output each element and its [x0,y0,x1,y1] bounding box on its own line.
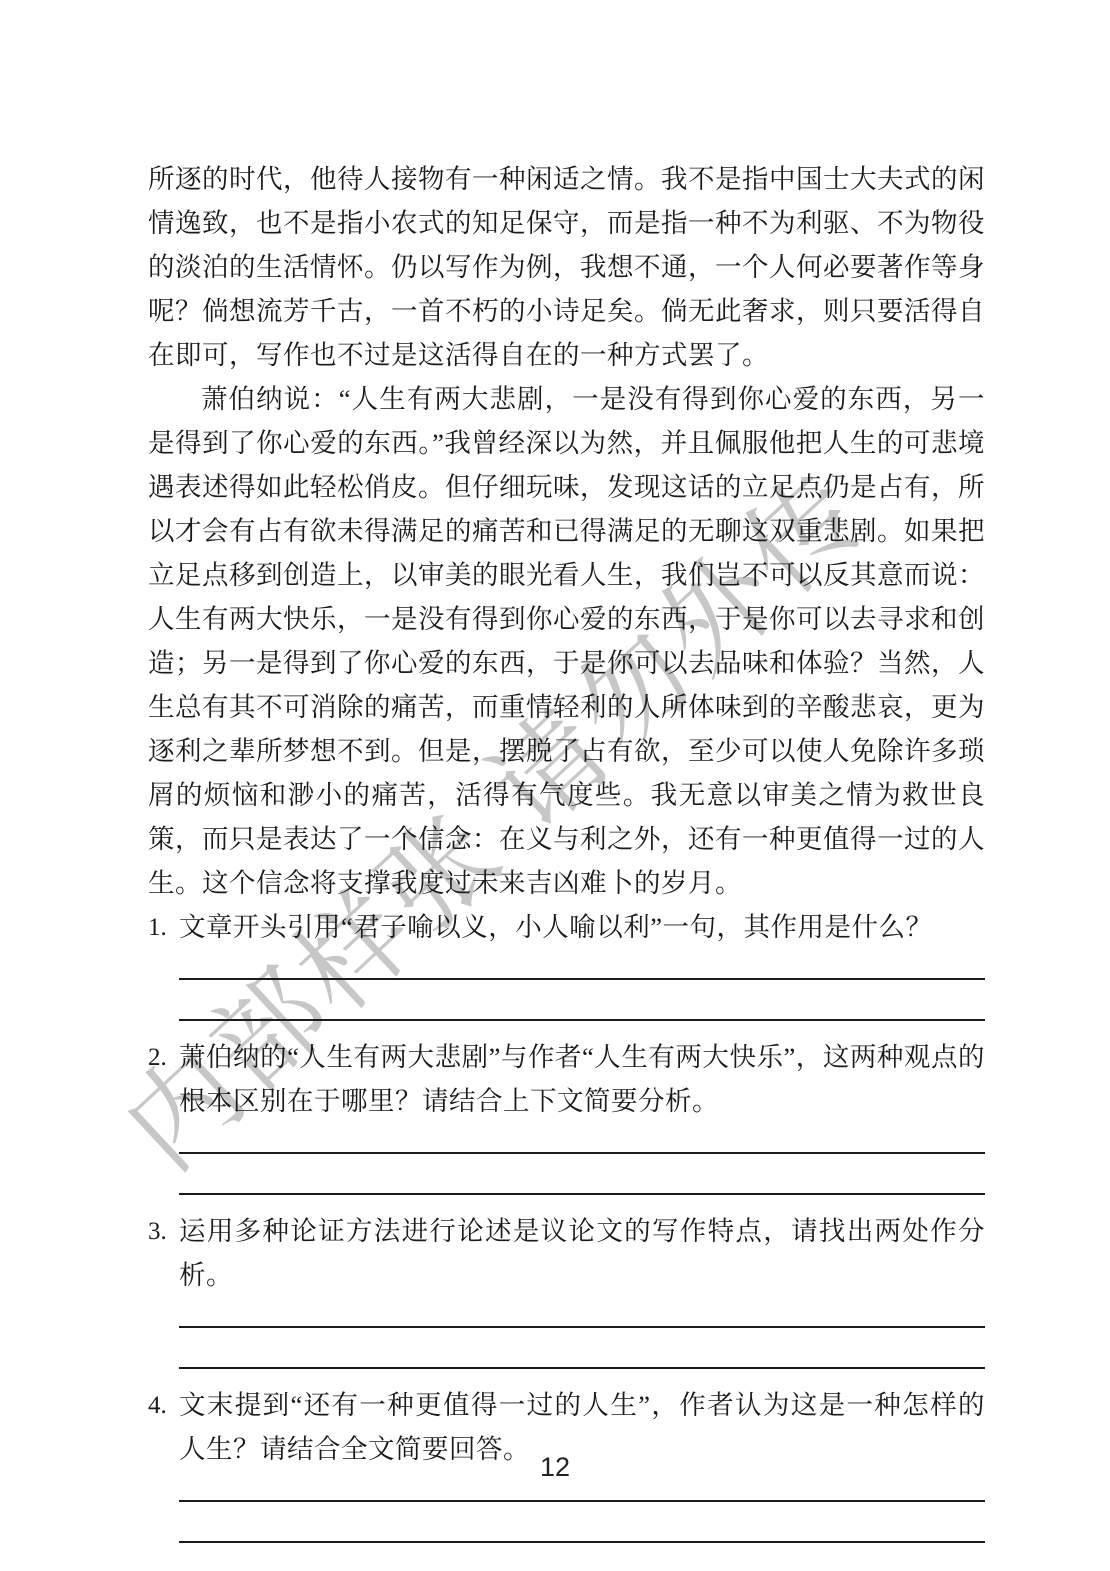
page-number: 12 [0,1452,1110,1483]
passage-paragraph-1: 所逐的时代，他待人接物有一种闲适之情。我不是指中国士大夫式的闲情逸致，也不是指小… [148,157,985,377]
question-4-number: 4. [148,1384,167,1428]
answer-line [179,1541,985,1543]
question-2-answer-area [179,1152,985,1195]
answer-line [179,1193,985,1195]
question-3-answer-area [179,1326,985,1369]
question-1-answer-area [179,978,985,1021]
question-3: 3. 运用多种论证方法进行论述是议论文的写作特点，请找出两处作分析。 [148,1209,985,1369]
answer-line [179,1326,985,1328]
question-4-answer-area [179,1500,985,1543]
question-2-text: 萧伯纳的“人生有两大悲剧”与作者“人生有两大快乐”，这两种观点的根本区别在于哪里… [179,1035,985,1123]
worksheet-page: 内部样张 请勿外传 所逐的时代，他待人接物有一种闲适之情。我不是指中国士大夫式的… [0,0,1110,1571]
answer-line [179,1152,985,1154]
question-1-text: 文章开头引用“君子喻以义，小人喻以利”一句，其作用是什么？ [179,905,985,949]
passage-paragraph-2: 萧伯纳说：“人生有两大悲剧，一是没有得到你心爱的东西，另一是得到了你心爱的东西。… [148,377,985,905]
question-1-number: 1. [148,906,167,950]
question-2: 2. 萧伯纳的“人生有两大悲剧”与作者“人生有两大快乐”，这两种观点的根本区别在… [148,1035,985,1195]
answer-line [179,978,985,980]
page-content: 所逐的时代，他待人接物有一种闲适之情。我不是指中国士大夫式的闲情逸致，也不是指小… [148,157,985,1557]
question-3-number: 3. [148,1210,167,1254]
question-3-text: 运用多种论证方法进行论述是议论文的写作特点，请找出两处作分析。 [179,1209,985,1297]
question-1: 1. 文章开头引用“君子喻以义，小人喻以利”一句，其作用是什么？ [148,905,985,1021]
question-2-number: 2. [148,1036,167,1080]
answer-line [179,1019,985,1021]
answer-line [179,1367,985,1369]
answer-line [179,1500,985,1502]
